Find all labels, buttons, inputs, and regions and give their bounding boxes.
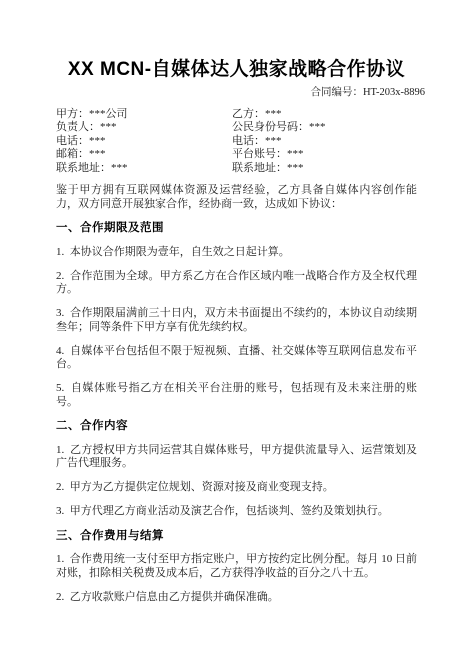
section-2-heading: 二、合作内容 [56,420,417,433]
section-1-heading: 一、合作期限及范围 [56,222,417,235]
party-b-address: 联系地址：*** [232,162,417,175]
section-3-clause-2: 2. 乙方收款账户信息由乙方提供并确保准确。 [56,591,417,605]
party-b-id-number: 公民身份号码：*** [232,121,417,134]
section-1-clause-4: 4. 自媒体平台包括但不限于短视频、直播、社交媒体等互联网信息发布平台。 [56,345,417,372]
party-a-info: 甲方：***公司 负责人：*** 电话：*** 邮箱：*** 联系地址：*** [56,108,232,175]
party-a-contact-person: 负责人：*** [56,121,232,134]
section-2-clause-1: 1. 乙方授权甲方共同运营其自媒体账号，甲方提供流量导入、运营策划及广告代理服务… [56,444,417,471]
parties-block: 甲方：***公司 负责人：*** 电话：*** 邮箱：*** 联系地址：*** … [56,108,417,175]
section-1-clause-5: 5. 自媒体账号指乙方在相关平台注册的账号，包括现有及未来注册的账号。 [56,382,417,409]
section-2-clause-2: 2. 甲方为乙方提供定位规划、资源对接及商业变现支持。 [56,481,417,495]
party-a-name: 甲方：***公司 [56,108,232,121]
party-a-email: 邮箱：*** [56,148,232,161]
section-1-clause-2: 2. 合作范围为全球。甲方系乙方在合作区域内唯一战略合作方及全权代理方。 [56,270,417,297]
document-title: XX MCN-自媒体达人独家战略合作协议 [56,58,417,82]
party-b-name: 乙方：*** [232,108,417,121]
party-b-phone: 电话：*** [232,135,417,148]
section-2-clause-3: 3. 甲方代理乙方商业活动及演艺合作，包括谈判、签约及策划执行。 [56,505,417,519]
party-b-info: 乙方：*** 公民身份号码：*** 电话：*** 平台账号：*** 联系地址：*… [232,108,417,175]
party-a-phone: 电话：*** [56,135,232,148]
contract-number: 合同编号：HT-203x-8896 [56,86,425,99]
section-3-heading: 三、合作费用与结算 [56,530,417,543]
section-1-clause-3: 3. 合作期限届满前三十日内，双方未书面提出不续约的，本协议自动续期叁年；同等条… [56,307,417,334]
contract-document: XX MCN-自媒体达人独家战略合作协议 合同编号：HT-203x-8896 甲… [0,0,463,655]
section-1-clause-1: 1. 本协议合作期限为壹年，自生效之日起计算。 [56,246,417,260]
section-3-clause-1: 1. 合作费用统一支付至甲方指定账户，甲方按约定比例分配。每月 10 日前对账，… [56,553,417,580]
party-b-platform-account: 平台账号：*** [232,148,417,161]
party-a-address: 联系地址：*** [56,162,232,175]
preamble-paragraph: 鉴于甲方拥有互联网媒体资源及运营经验，乙方具备自媒体内容创作能力，双方同意开展独… [56,184,417,211]
